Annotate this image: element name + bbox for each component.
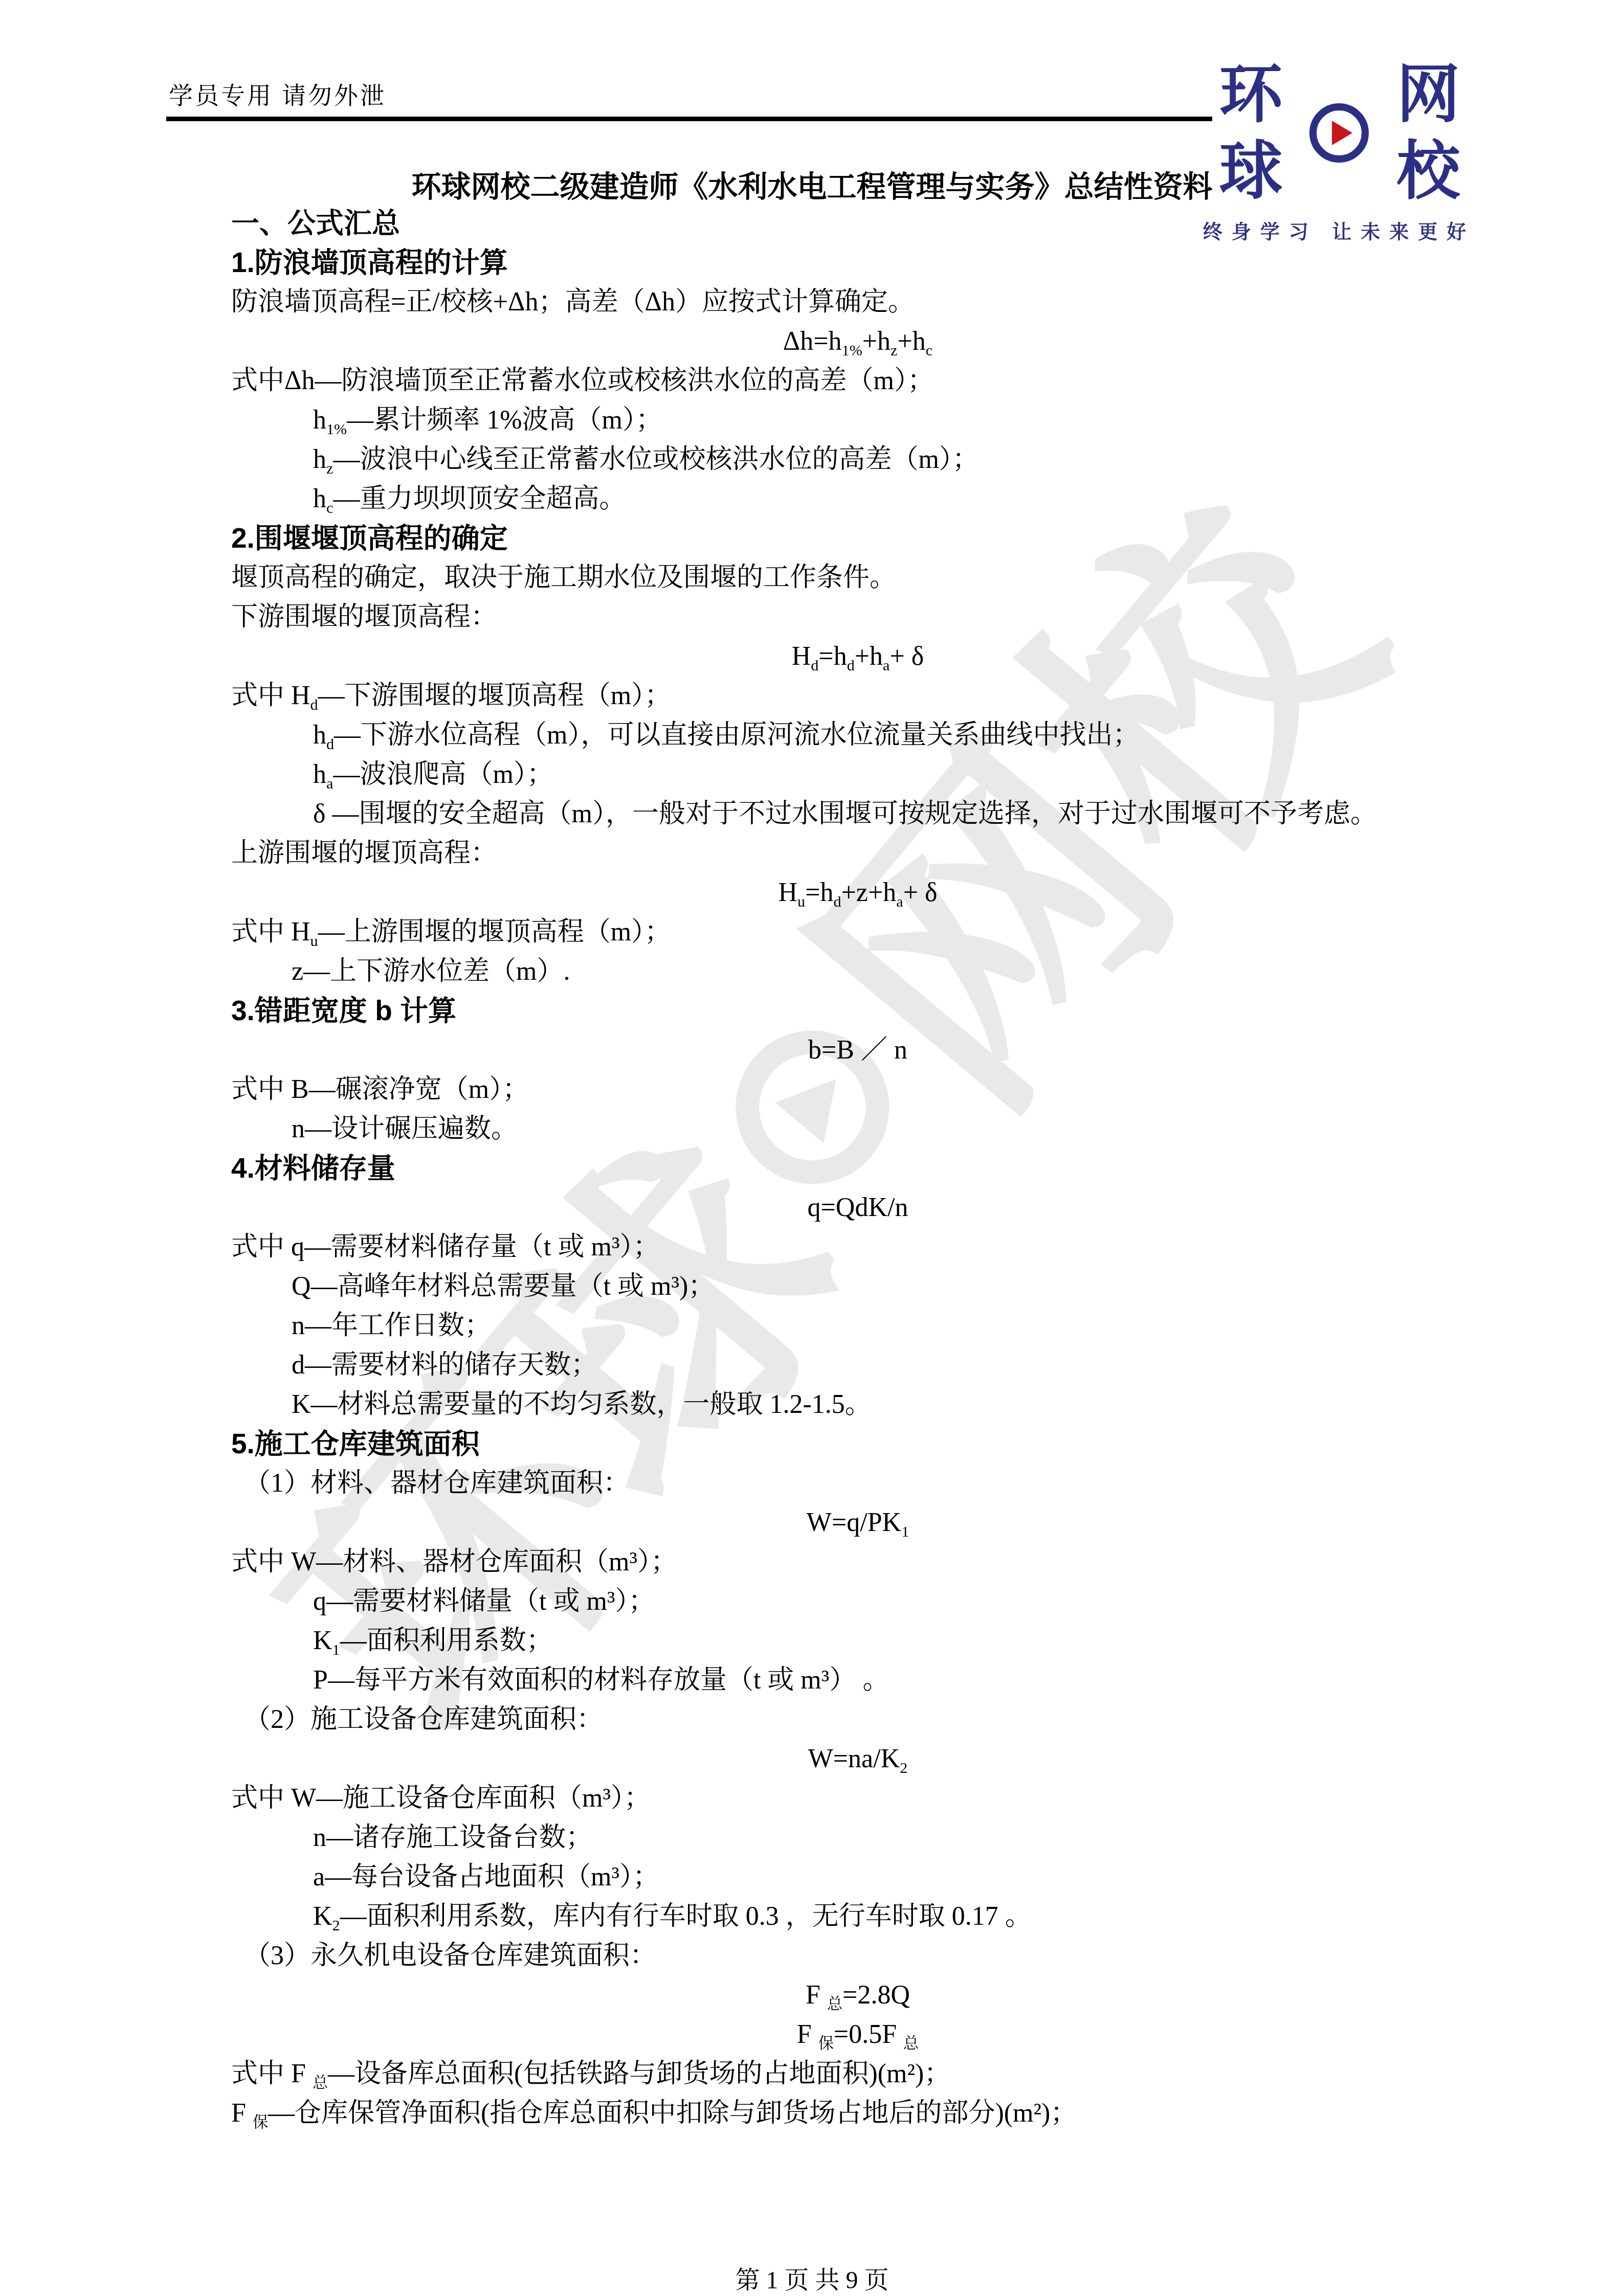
text-line: （1）材料、器材仓库建筑面积： (231, 1464, 1484, 1503)
heading-line: 3.错距宽度 b 计算 (231, 991, 1484, 1030)
text-line: n—年工作日数； (231, 1306, 1484, 1345)
text-line: P—每平方米有效面积的材料存放量（t 或 m³） 。 (231, 1660, 1484, 1700)
text-line: 式中 Hd—下游围堰的堰顶高程（m）； (231, 676, 1484, 715)
play-triangle-icon (1332, 121, 1352, 145)
confidential-note: 学员专用 请勿外泄 (169, 77, 386, 111)
formula-line: Hd=hd+ha+ δ (231, 637, 1484, 676)
text-line: z—上下游水位差（m）. (231, 952, 1484, 991)
text-line: 式中 B—碾滚净宽（m）； (231, 1070, 1484, 1109)
formula-line: W=na/K2 (231, 1739, 1484, 1779)
text-line: δ —围堰的安全超高（m），一般对于不过水围堰可按规定选择，对于过水围堰可不予考… (231, 794, 1484, 834)
formula-line: Δh=h1%+hz+hc (231, 322, 1484, 361)
text-line: hz—波浪中心线至正常蓄水位或校核洪水位的高差（m）； (231, 440, 1484, 479)
formula-line: F 总=2.8Q (231, 1975, 1484, 2015)
text-line: 防浪墙顶高程=正/校核+Δh；高差（Δh）应按式计算确定。 (231, 282, 1484, 322)
text-line: d—需要材料的储存天数； (231, 1345, 1484, 1385)
text-line: 式中 q—需要材料储存量（t 或 m³）； (231, 1227, 1484, 1267)
page-number: 第 1 页 共 9 页 (0, 2260, 1624, 2295)
text-line: 上游围堰的堰顶高程： (231, 834, 1484, 873)
text-line: 式中Δh—防浪墙顶至正常蓄水位或校核洪水位的高差（m）； (231, 361, 1484, 400)
text-line: hd—下游水位高程（m），可以直接由原河流水位流量关系曲线中找出； (231, 715, 1484, 755)
formula-line: W=q/PK1 (231, 1503, 1484, 1542)
text-line: Q—高峰年材料总需要量（t 或 m³)； (231, 1267, 1484, 1306)
text-line: K1—面积利用系数； (231, 1621, 1484, 1660)
text-line: K—材料总需要量的不均匀系数，一般取 1.2-1.5。 (231, 1385, 1484, 1424)
text-line: 式中 Hu—上游围堰的堰顶高程（m）； (231, 912, 1484, 952)
formula-line: q=QdK/n (231, 1188, 1484, 1227)
document-body: 一、公式汇总1.防浪墙顶高程的计算防浪墙顶高程=正/校核+Δh；高差（Δh）应按… (231, 204, 1484, 2133)
text-line: 式中 F 总—设备库总面积(包括铁路与卸货场的占地面积)(m²)； (231, 2054, 1484, 2094)
text-line: （3）永久机电设备仓库建筑面积： (231, 1936, 1484, 1975)
brand-logo: 环球 网校 终身学习 让未来更好 (1193, 56, 1485, 244)
text-line: q—需要材料储量（t 或 m³）； (231, 1582, 1484, 1621)
heading-line: 2.围堰堰顶高程的确定 (231, 519, 1484, 558)
formula-line: b=B ／ n (231, 1030, 1484, 1070)
text-line: F 保—仓库保管净面积(指仓库总面积中扣除与卸货场占地后的部分)(m²)； (231, 2094, 1484, 2133)
text-line: K2—面积利用系数，库内有行车时取 0.3 ，无行车时取 0.17 。 (231, 1897, 1484, 1936)
text-line: h1%—累计频率 1%波高（m）； (231, 400, 1484, 440)
formula-line: Hu=hd+z+ha+ δ (231, 873, 1484, 912)
logo-tagline: 终身学习 让未来更好 (1193, 216, 1485, 244)
heading-line: 5.施工仓库建筑面积 (231, 1424, 1484, 1464)
formula-line: F 保=0.5F 总 (231, 2015, 1484, 2054)
text-line: a—每台设备占地面积（m³）； (231, 1857, 1484, 1897)
text-line: （2）施工设备仓库建筑面积： (231, 1700, 1484, 1739)
text-line: 式中 W—施工设备仓库面积（m³）； (231, 1779, 1484, 1818)
text-line: hc—重力坝坝顶安全超高。 (231, 479, 1484, 519)
text-line: ha—波浪爬高（m）； (231, 755, 1484, 794)
play-circle-icon (1309, 103, 1369, 163)
text-line: 下游围堰的堰顶高程： (231, 597, 1484, 637)
text-line: 式中 W—材料、器材仓库面积（m³）； (231, 1542, 1484, 1582)
text-line: n—诸存施工设备台数； (231, 1818, 1484, 1857)
text-line: 堰顶高程的确定，取决于施工期水位及围堰的工作条件。 (231, 558, 1484, 597)
text-line: n—设计碾压遍数。 (231, 1109, 1484, 1149)
header-divider (166, 117, 1212, 121)
document-page: 环球 网校 学员专用 请勿外泄 环球 网校 终身学习 让未来更好 环球网校二级建… (0, 0, 1624, 2296)
heading-line: 4.材料储存量 (231, 1149, 1484, 1188)
heading-line: 1.防浪墙顶高程的计算 (231, 243, 1484, 282)
document-title: 环球网校二级建造师《水利水电工程管理与实务》总结性资料 (0, 163, 1624, 206)
